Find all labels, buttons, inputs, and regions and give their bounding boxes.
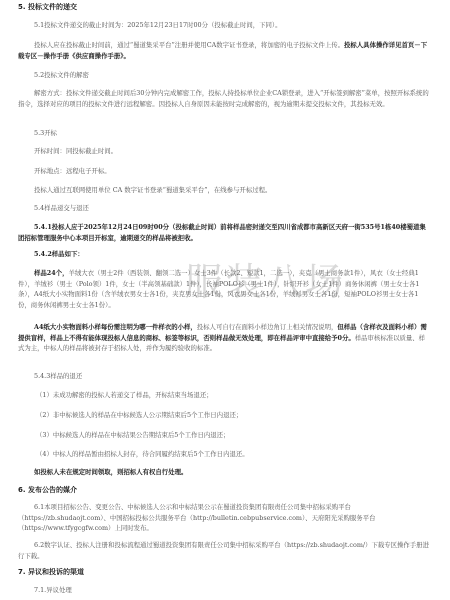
paragraph-decrypt: 解密方式：投标文件递交截止时间后30分钟内完成解密工作，投标人持投标单位企业CA… [18,88,430,109]
heading-5-2: 5.2投标文件的解密 [34,70,89,81]
document-page: 5. 投标文件的递交 5.1投标文件递交的截止时间为：2025年12月23日17… [0,0,450,600]
paragraph-5-4-1: 5.4.1投标人应于2025年12月24日09时00分（投标截止时间）前将样品密… [18,222,430,243]
return-item-3: （3）中标候选人的样品在中标结果公告期结束后5个工作日内退还； [36,430,229,441]
samples-count: 样品24个， [34,269,68,277]
paragraph-upload: 投标人应在投标截止时间前，通过“蜀道集采平台”注册并使用CA数字证书登录，将加密… [18,40,430,61]
upload-text: 投标人应在投标截止时间前，通过“蜀道集采平台”注册并使用CA数字证书登录，将加密… [34,41,344,49]
heading-5-4: 5.4样品递交与退还 [34,203,89,214]
section-6-heading: 6. 发布公告的媒介 [18,485,77,496]
return-item-4: （4）中标人的样品暂由招标人封存，待合同履约结束后5个工作日内退还。 [36,449,249,460]
return-item-2: （2）非中标候选人的样品在中标候选人公示期结束后5个工作日内退还； [36,410,242,421]
section-7-heading: 7. 异议和投诉的渠道 [18,567,84,578]
a4-text-1: 投标人可自行在面料小样边角订上相关情况说明， [197,323,338,331]
open-place: 开标地点：远程电子开标。 [34,166,111,177]
paragraph-a4-sample: A4纸大小实物面料小样每份需注明为哪一件样衣的小样，投标人可自行在面料小样边角订… [18,322,430,354]
heading-5-4-2: 5.4.2样品如下： [34,249,84,260]
paragraph-5-1: 5.1投标文件递交的截止时间为：2025年12月23日17时00分（投标截止时间… [18,20,430,31]
heading-5-3: 5.3开标 [34,128,57,139]
section-5-heading: 5. 投标文件的递交 [18,2,77,13]
return-item-1: （1）未成功解密的投标人若递交了样品，开标结束当场退还； [36,390,213,401]
paragraph-6-1: 6.1本项目招标公告、变更公告、中标候选人公示和中标结果公示在蜀道投资集团有限责… [18,502,430,534]
open-time: 开标时间：同投标截止时间。 [34,146,117,157]
samples-detail: 羊绒大衣（男士2件（西装领、翻领二选一）女士3件（长款2、短款1，二选一），夹克… [18,269,419,309]
a4-note-1: A4纸大小实物面料小样每份需注明为哪一件样衣的小样， [34,323,197,331]
samples-list: 样品24个，羊绒大衣（男士2件（西装领、翻领二选一）女士3件（长款2、短款1，二… [18,268,430,310]
heading-7-1: 7.1.异议处理 [34,585,72,596]
no-collect-note: 如投标人未在规定时间领取，则招标人有权自行处理。 [34,467,187,478]
paragraph-6-2: 6.2数字认证、投标人注册和投标流程通过蜀道投资集团有限责任公司集中招标采购平台… [18,540,430,561]
open-online: 投标人通过互联网使用单位 CA 数字证书登录“蜀道集采平台”，在线参与开标过程。 [34,185,271,196]
heading-5-4-3: 5.4.3样品的退还 [34,371,82,382]
